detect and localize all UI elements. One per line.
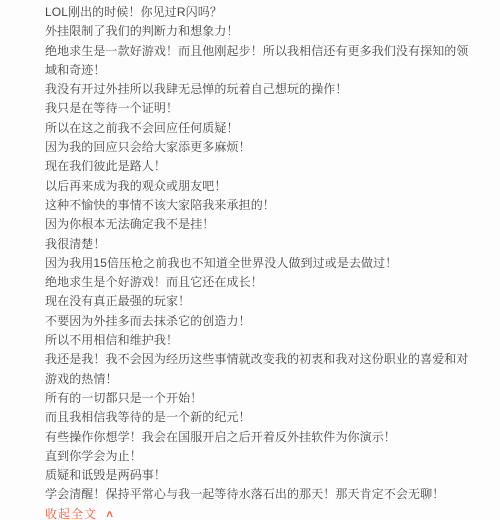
chevron-up-icon[interactable]: ∧ <box>105 505 115 520</box>
post-line: 因为你根本无法确定我不是挂！ <box>45 215 479 234</box>
post-line: 因为我用15倍压枪之前我也不知道全世界没人做到过或是去做过！ <box>45 254 479 273</box>
social-post: LOL刚出的时候！你见过R闪吗？ 外挂限制了我们的判断力和想象力！ 绝地求生是一… <box>0 0 500 520</box>
post-line: 我没有开过外挂所以我肆无忌惮的玩着自己想玩的操作！ <box>45 80 479 99</box>
post-line: 绝地求生是一款好游戏！而且他刚起步！所以我相信还有更多我们没有探知的领域和奇迹！ <box>45 42 479 81</box>
post-line: 学会清醒！保持平常心与我一起等待水落石出的那天！那天肯定不会无聊！ <box>45 485 479 504</box>
post-line: 我很清楚！ <box>45 235 479 254</box>
post-line: 现在我们彼此是路人！ <box>45 157 479 176</box>
post-line: 所以不用相信和维护我！ <box>45 331 479 350</box>
post-line: 这种不愉快的事情不该大家陪我来承担的！ <box>45 196 479 215</box>
post-line: 绝地求生是个好游戏！而且它还在成长！ <box>45 273 479 292</box>
post-body-text: LOL刚出的时候！你见过R闪吗？ 外挂限制了我们的判断力和想象力！ 绝地求生是一… <box>45 3 479 505</box>
post-line: 所以在这之前我不会回应任何质疑！ <box>45 119 479 138</box>
post-line: 而且我相信我等待的是一个新的纪元！ <box>45 408 479 427</box>
post-line: 所有的一切都只是一个开始！ <box>45 389 479 408</box>
post-line: 不要因为外挂多而去抹杀它的创造力！ <box>45 312 479 331</box>
post-line: 我只是在等待一个证明！ <box>45 99 479 118</box>
post-line: 有些操作你想学！我会在国服开启之后开着反外挂软件为你演示！ <box>45 428 479 447</box>
post-line: LOL刚出的时候！你见过R闪吗？ <box>45 3 479 22</box>
post-line: 以后再来成为我的观众或朋友吧！ <box>45 177 479 196</box>
collapse-row: 收起全文 ∧ <box>45 505 479 520</box>
post-line: 因为我的回应只会给大家添更多麻烦！ <box>45 138 479 157</box>
post-line: 现在没有真正最强的玩家！ <box>45 292 479 311</box>
collapse-full-text-link[interactable]: 收起全文 <box>45 505 97 520</box>
post-line: 外挂限制了我们的判断力和想象力！ <box>45 22 479 41</box>
post-line: 我还是我！我不会因为经历这些事情就改变我的初衷和我对这份职业的喜爱和对游戏的热情… <box>45 350 479 389</box>
post-line: 直到你学会为止！ <box>45 447 479 466</box>
post-line: 质疑和诋毁是两码事！ <box>45 466 479 485</box>
